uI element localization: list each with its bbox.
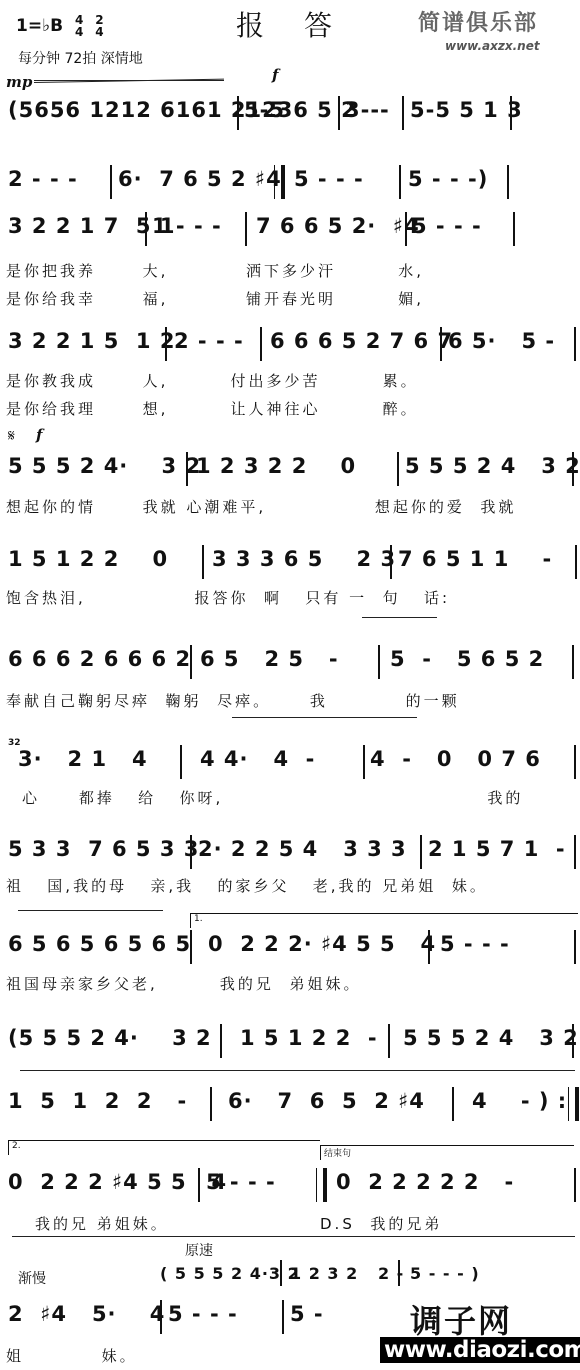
lyric-line: 是你把我养 大, 洒下多少汗 水,	[6, 260, 424, 281]
dynamic-f: f	[36, 426, 42, 444]
barline	[575, 545, 577, 579]
time-signature-2-4: 24	[95, 14, 103, 38]
decrescendo-hairpin	[232, 717, 417, 718]
ritardando-marking: 渐慢	[18, 1268, 46, 1288]
staff-row-2: 2 - - - 6· 7 6 5 2 ♯4 5 - - - 5 - - -)	[0, 165, 580, 199]
measure: 2· 2 2 5 4 3 3 3	[198, 837, 407, 861]
staff-row-9: 5 3 3 7 6 5 3 3 2· 2 2 5 4 3 3 3 2 1 5 7…	[0, 835, 580, 869]
lyric-line: 是你教我成 人, 付出多少苦 累。	[6, 370, 419, 391]
measure: 3 2 2 1 5 1 2	[8, 329, 175, 353]
barline	[220, 1024, 222, 1058]
phrase-line	[20, 1070, 575, 1071]
measure: 7 6 5 1 1 -	[398, 547, 552, 571]
barline	[452, 1087, 454, 1121]
measure: 3---	[345, 98, 390, 122]
key-signature: 1=♭B 44 24	[16, 14, 104, 38]
measure: 6 5 6 5 6 5 6 5	[8, 932, 191, 956]
accompaniment-line: 5 - - - )	[410, 1264, 480, 1283]
measure: 5 - - -	[206, 1170, 276, 1194]
barline	[513, 212, 515, 246]
barline	[378, 645, 380, 679]
barline	[210, 1087, 212, 1121]
decrescendo-hairpin	[362, 617, 437, 618]
barline	[190, 645, 192, 679]
dynamic-mp: mp	[6, 73, 32, 91]
lyric-line: 是你给我理 想, 让人神往心 醉。	[6, 398, 419, 419]
barline	[282, 1300, 284, 1334]
barline	[180, 745, 182, 779]
barline	[420, 835, 422, 869]
lyric-line: 姐 妹。	[6, 1345, 138, 1366]
lyric-line-ds: D.S 我的兄弟	[320, 1213, 442, 1234]
barline	[574, 930, 576, 964]
measure: 0 2 2 2· ♯4 5 5 4	[208, 932, 436, 956]
measure: 5 - - -)	[408, 167, 488, 191]
volta-2: 2.	[8, 1140, 320, 1155]
measure: 3 3 3 6 5 2 3	[212, 547, 396, 571]
measure: 0 2 2 2 2 2 -	[336, 1170, 514, 1194]
staff-row-10: 6 5 6 5 6 5 6 5 0 2 2 2· ♯4 5 5 4 5 - - …	[0, 930, 580, 964]
measure: 6· 7 6 5 2 ♯4	[118, 167, 282, 191]
barline	[198, 1168, 200, 1202]
watermark-top-url: www.axzx.net	[445, 39, 540, 53]
measure: 5 - 5 6 5 2	[390, 647, 544, 671]
barline	[245, 212, 247, 246]
barline	[160, 1300, 162, 1334]
measure: 7 6 6 5 2· ♯4	[256, 214, 420, 238]
measure: 5 5 5 2 4 3 2	[405, 454, 580, 478]
barline	[190, 835, 192, 869]
measure: 5 - - -	[440, 932, 510, 956]
lyric-line: 祖国母亲家乡父老, 我的兄 弟姐妹。	[6, 973, 361, 994]
measure: 1 - - -	[152, 214, 222, 238]
measure: 4 - 0 0 7 6	[370, 747, 541, 771]
page-title: 报答	[236, 4, 372, 44]
measure: 5-5 6 5 2	[244, 98, 357, 122]
barline	[398, 1260, 400, 1286]
barline	[574, 835, 576, 869]
barline	[510, 96, 512, 130]
measure: 4 4· 4 -	[200, 747, 315, 771]
barline	[145, 212, 147, 246]
measure: 1 5 1 2 2 -	[240, 1026, 378, 1050]
measure: 5 - - -	[168, 1302, 238, 1326]
barline	[190, 930, 192, 964]
measure: 5-5 5 1 3	[410, 98, 523, 122]
staff-row-8: 3· 2 1 4 4 4· 4 - 4 - 0 0 7 6	[0, 745, 580, 779]
barline	[363, 745, 365, 779]
barline	[202, 545, 204, 579]
measure: 6 6 6 5 2 7 6 7	[270, 329, 453, 353]
barline	[110, 165, 112, 199]
staff-row-7: 6 6 6 2 6 6 6 2 6 5 2 5 - 5 - 5 6 5 2	[0, 645, 580, 679]
measure: 1 5 1 2 2 -	[8, 1089, 187, 1113]
staff-row-13: 0 2 2 2 ♯4 5 5 4 5 - - - 0 2 2 2 2 2 -	[0, 1168, 580, 1202]
accompaniment-line: ( 5 5 5 2 4·3 2	[160, 1264, 300, 1283]
double-barline	[316, 1168, 327, 1202]
measure: 2 - - -	[174, 329, 244, 353]
staff-row-11: (5 5 5 2 4· 3 2 1 5 1 2 2 - 5 5 5 2 4 3 …	[0, 1024, 580, 1058]
staff-row-3: 3 2 2 1 7 5 1 1 - - - 7 6 6 5 2· ♯4 5 - …	[0, 212, 580, 246]
barline	[405, 212, 407, 246]
watermark-top: 简谱俱乐部	[418, 6, 538, 37]
staff-row-4: 3 2 2 1 5 1 2 2 - - - 6 6 6 5 2 7 6 7 6 …	[0, 327, 580, 361]
staff-row-5: 5 5 5 2 4· 3 2 1 2 3 2 2 0 5 5 5 2 4 3 2	[0, 452, 580, 486]
barline	[507, 165, 509, 199]
measure: 1 5 1 2 2 0	[8, 547, 168, 571]
measure: 6 5 2 5 -	[200, 647, 339, 671]
barline	[280, 1260, 282, 1286]
lyric-line: 是你给我幸 福, 铺开春光明 媚,	[6, 288, 424, 309]
repeat-start-barline	[274, 165, 285, 199]
lyric-line: 饱含热泪, 报答你 啊 只有 一 句 话:	[6, 587, 450, 608]
measure: 5 5 5 2 4 3 2	[403, 1026, 579, 1050]
measure: 2 - - -	[8, 167, 78, 191]
watermark-bottom-url: www.diaozi.com	[380, 1337, 580, 1363]
measure: 6 6 6 2 6 6 6 2	[8, 647, 191, 671]
measure: 5 5 5 2 4· 3 2	[8, 454, 201, 478]
barline	[390, 545, 392, 579]
measure: 2 ♯4 5· 4	[8, 1302, 165, 1326]
staff-row-6: 1 5 1 2 2 0 3 3 3 6 5 2 3 7 6 5 1 1 -	[0, 545, 580, 579]
accompaniment-line: 1 2 3 2 2 -	[290, 1264, 404, 1283]
barline	[186, 452, 188, 486]
lyric-line: 心 都捧 给 你呀, 我的	[22, 787, 523, 808]
watermark-bottom: 调子网	[410, 1296, 512, 1342]
barline	[397, 452, 399, 486]
segno-icon: 𝄋	[8, 426, 15, 446]
time-signature-4-4: 44	[75, 14, 83, 38]
staff-row-1: (5656 1212 6161 2123 5-5 6 5 2 3--- 5-5 …	[0, 96, 580, 130]
barline	[260, 327, 262, 361]
barline	[428, 930, 430, 964]
measure: 6 5· 5 -	[448, 329, 555, 353]
measure: 5 -	[290, 1302, 324, 1326]
barline	[574, 327, 576, 361]
barline	[402, 96, 404, 130]
measure: (5 5 5 2 4· 3 2	[8, 1026, 212, 1050]
barline	[388, 1024, 390, 1058]
lyric-line: 想起你的情 我就 心潮难平, 想起你的爱 我就	[6, 496, 516, 517]
staff-row-12: 1 5 1 2 2 - 6· 7 6 5 2 ♯4 4 - ) :	[0, 1087, 580, 1121]
coda-label: 结束句	[320, 1145, 574, 1160]
barline	[338, 96, 340, 130]
lyric-line: 奉献自己鞠躬尽瘁 鞠躬 尽瘁。 我 的一颗	[6, 690, 460, 711]
measure: 4 - ) :	[472, 1089, 567, 1113]
barline	[572, 452, 574, 486]
barline	[237, 96, 239, 130]
tempo-marking: 每分钟 72拍 深情地	[18, 48, 143, 68]
barline	[572, 1024, 574, 1058]
barline	[165, 327, 167, 361]
volta-1: 1.	[190, 913, 578, 928]
measure: 5 - - -	[412, 214, 482, 238]
lyric-line: 我的兄 弟姐妹。	[35, 1213, 169, 1234]
dynamic-f: f	[272, 66, 278, 84]
barline	[399, 165, 401, 199]
barline	[574, 1168, 576, 1202]
decrescendo-hairpin	[18, 910, 163, 911]
measure: 1 2 3 2 2 0	[196, 454, 356, 478]
measure: 0 2 2 2 ♯4 5 5 4	[8, 1170, 227, 1194]
measure: 5 3 3 7 6 5 3 3	[8, 837, 199, 861]
measure: 3 2 2 1 7 5 1	[8, 214, 175, 238]
measure: 5 - - -	[294, 167, 364, 191]
measure: 2 1 5 7 1 -	[428, 837, 566, 861]
barline	[574, 745, 576, 779]
barline	[572, 645, 574, 679]
repeat-end-barline	[568, 1087, 579, 1121]
measure: 3· 2 1 4	[18, 747, 148, 771]
measure: 6· 7 6 5 2 ♯4	[228, 1089, 425, 1113]
barline	[440, 327, 442, 361]
lyric-line: 祖 国,我的母 亲,我 的家乡父 老,我的 兄弟姐 妹。	[6, 875, 488, 896]
a-tempo-marking: 原速	[185, 1240, 213, 1260]
divider-line	[12, 1236, 575, 1237]
